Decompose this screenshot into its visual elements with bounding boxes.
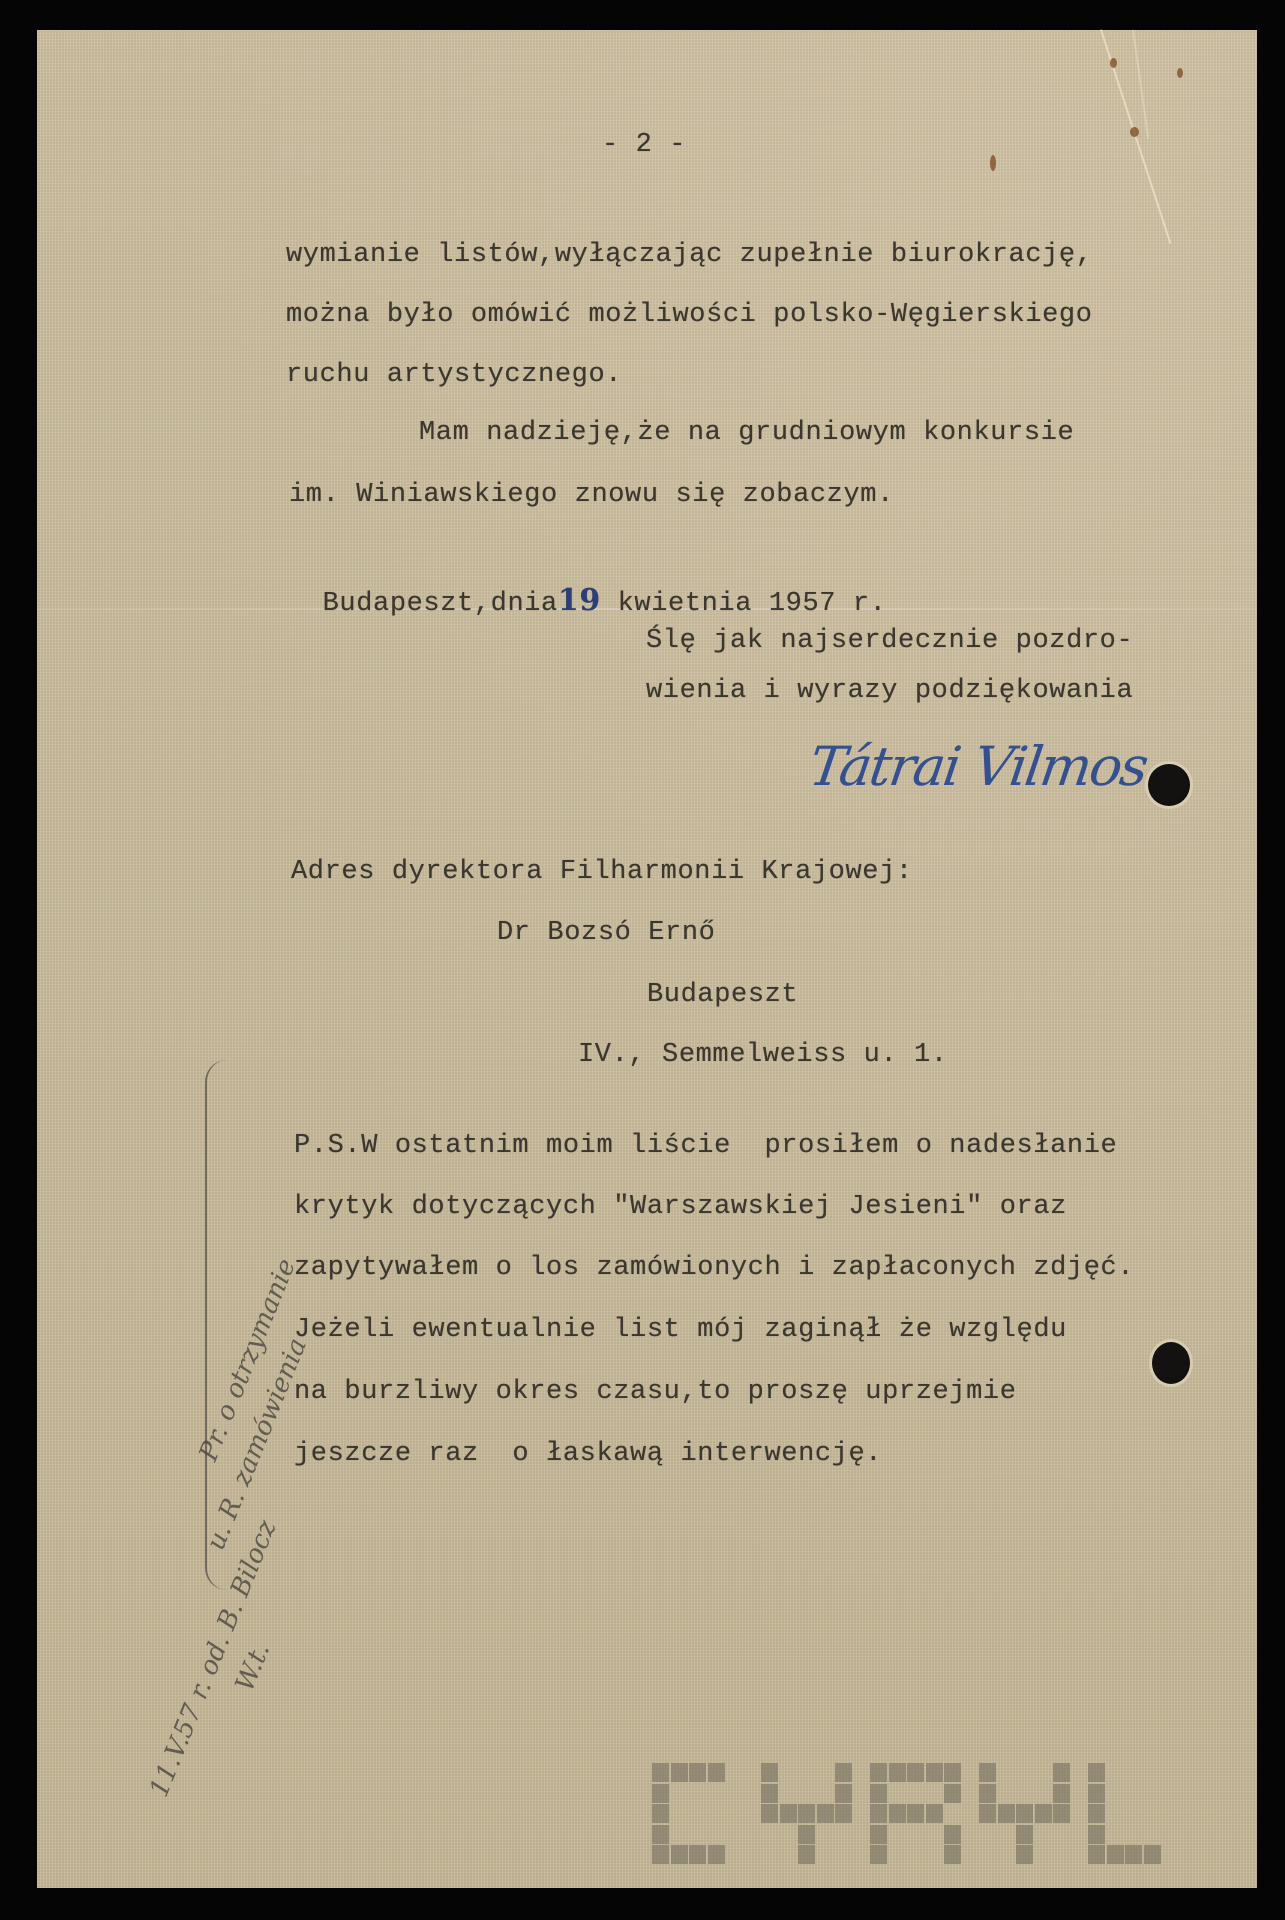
rust-stain [1110, 58, 1117, 68]
logo-letter-c [652, 1763, 743, 1864]
closing-line: wienia i wyrazy podziękowania [646, 676, 1133, 706]
address-street: IV., Semmelweiss u. 1. [578, 1040, 948, 1070]
postscript-line: na burzliwy okres czasu,to proszę uprzej… [294, 1377, 1017, 1407]
cyryl-watermark-logo [652, 1763, 1179, 1864]
logo-letter-y [979, 1763, 1070, 1864]
rust-stain [1130, 127, 1139, 137]
postscript-line: jeszcze raz o łaskawą interwencję. [294, 1439, 882, 1469]
closing-line: Ślę jak najserdecznie pozdro- [646, 626, 1133, 656]
date-line: Budapeszt,dnia19 kwietnia 1957 r. [289, 553, 886, 619]
paper-crease [1132, 30, 1149, 139]
body-line: można było omówić możliwości polsko-Węgi… [286, 300, 1093, 330]
rust-stain [1177, 68, 1183, 78]
punch-hole [1152, 1342, 1190, 1384]
logo-letter-l [1088, 1763, 1179, 1864]
handwritten-day: 19 [558, 583, 601, 618]
rust-stain [990, 155, 996, 171]
paragraph-line: Mam nadzieję,że na grudniowym konkursie [419, 418, 1074, 448]
logo-letter-r [870, 1763, 961, 1864]
date-suffix: kwietnia 1957 r. [618, 589, 887, 619]
page-number: - 2 - [602, 130, 686, 160]
punch-hole [1148, 764, 1190, 806]
logo-letter-y [761, 1763, 852, 1864]
signature: Tátrai Vilmos [806, 735, 1151, 798]
body-line: ruchu artystycznego. [286, 360, 622, 390]
body-line: wymianie listów,wyłączając zupełnie biur… [286, 240, 1093, 270]
address-name: Dr Bozsó Ernő [497, 918, 715, 948]
date-prefix: Budapeszt,dnia [323, 589, 558, 619]
paragraph-line: im. Winiawskiego znowu się zobaczym. [289, 480, 894, 510]
address-heading: Adres dyrektora Filharmonii Krajowej: [291, 857, 913, 887]
margin-note-line: W.t. [230, 1639, 276, 1696]
address-city: Budapeszt [647, 980, 798, 1010]
